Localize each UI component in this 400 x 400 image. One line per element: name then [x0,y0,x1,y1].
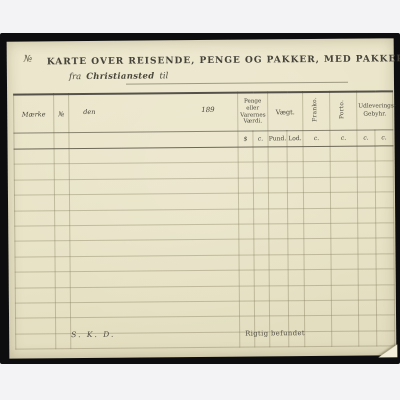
empty-cell [304,285,331,301]
empty-cell [54,164,69,180]
sub-empty-maerke [14,133,54,149]
empty-cell [358,238,376,254]
empty-cell [287,177,303,193]
empty-cell [268,193,287,209]
empty-cell [303,177,330,193]
empty-cell [56,333,71,349]
empty-cell [70,255,239,272]
empty-cell [238,147,253,163]
empty-cell [358,254,376,270]
sub-cent-delivery-2: c. [375,130,393,146]
empty-cell [331,238,358,254]
empty-cell [288,208,304,224]
empty-cell [70,240,239,257]
empty-cell [15,272,55,288]
empty-cell [358,300,376,316]
empty-cell [288,239,304,255]
empty-cell [69,178,238,195]
photo-black-border: № KARTE OVER REISENDE, PENGE OG PAKKER, … [0,33,400,364]
empty-cell [303,162,330,178]
empty-cell [331,208,358,224]
empty-cell [253,193,268,209]
empty-cell [15,287,55,303]
empty-cell [331,223,358,239]
empty-cell [268,147,287,163]
empty-cell [304,223,331,239]
empty-cell [238,178,253,194]
empty-cell [288,224,304,240]
empty-cell [330,162,357,178]
empty-cell [54,179,69,195]
empty-cell [239,209,254,225]
verification-note: Rigtig befundet [245,329,305,338]
empty-cell [15,210,55,226]
empty-cell [287,162,303,178]
empty-cell [239,270,254,286]
empty-cell [304,239,331,255]
empty-cell [288,301,304,317]
franko-vertical-label: Franko. [313,97,319,122]
empty-cell [287,193,303,209]
empty-cell [253,147,268,163]
empty-cell [331,285,358,301]
empty-cell [304,269,331,285]
empty-cell [357,161,375,177]
empty-cell [303,146,330,162]
empty-cell [239,255,254,271]
col-maerke: Mærke [14,94,54,133]
empty-cell [268,162,287,178]
empty-cell [70,286,239,303]
sub-dollar: $ [238,131,253,147]
empty-cell [70,209,239,226]
empty-cell [253,178,268,194]
empty-cell [70,224,239,241]
empty-cell [254,208,269,224]
sub-cent-franko: c. [303,130,330,146]
empty-cell [330,146,357,162]
empty-cell [14,180,54,196]
sub-empty-date [69,131,238,148]
empty-cell [375,192,393,208]
col-franko: Franko. [303,92,330,131]
empty-cell [253,162,268,178]
empty-cell [376,300,394,316]
empty-cell [55,303,70,319]
empty-cell [15,241,55,257]
empty-cell [70,270,239,287]
empty-cell [359,315,377,331]
empty-cell [54,149,69,165]
clerk-initials: S. K. D. [71,330,115,339]
empty-cell [332,331,359,347]
empty-cell [269,239,288,255]
empty-cell [269,270,288,286]
empty-cell [376,238,394,254]
empty-cell [331,254,358,270]
sub-empty-no [54,133,69,149]
sub-cent-porto: c. [330,130,357,146]
empty-cell [330,177,357,193]
empty-cell [254,255,269,271]
document-number-symbol: № [24,54,33,64]
empty-cell [239,286,254,302]
empty-cell [375,177,393,193]
empty-cell [305,331,332,347]
origin-place: Christiansted [86,71,154,82]
empty-cell [15,303,55,319]
empty-cell [14,195,54,211]
empty-cell [239,239,254,255]
empty-cell [15,226,55,242]
empty-cell [55,210,70,226]
col-porto: Porto. [330,92,357,131]
empty-cell [304,208,331,224]
empty-cell [376,269,394,285]
table-body [14,146,395,349]
col-group-value: Penge eller Varernes Værdi. [238,92,268,131]
origin-line: fraChristianstedtil [69,71,168,82]
empty-cell [359,331,377,347]
empty-cell [254,285,269,301]
empty-cell [376,207,394,223]
empty-cell [269,208,288,224]
empty-cell [375,146,393,162]
empty-cell [358,208,376,224]
empty-cell [69,147,238,164]
til-label: til [159,71,168,81]
empty-cell [55,241,70,257]
empty-cell [377,315,395,331]
empty-cell [288,254,304,270]
empty-cell [269,301,288,317]
empty-cell [254,301,269,317]
sub-cent-value: c. [253,131,268,147]
empty-cell [269,224,288,240]
empty-cell [55,256,70,272]
empty-cell [357,146,375,162]
empty-cell [303,193,330,209]
empty-cell [331,300,358,316]
empty-cell [288,270,304,286]
destination-blank-line [126,82,348,85]
empty-cell [287,147,303,163]
empty-cell [358,223,376,239]
empty-cell [305,316,332,332]
sub-pund: Pund. [268,131,287,147]
empty-cell [358,284,376,300]
empty-cell [55,226,70,242]
empty-cell [239,224,254,240]
empty-cell [330,192,357,208]
manifest-table: Mærke № den 189 Penge eller Varernes Vær… [13,90,395,349]
empty-cell [54,195,69,211]
empty-cell [56,318,71,334]
scanned-page: № KARTE OVER REISENDE, PENGE OG PAKKER, … [0,0,400,400]
header-group-row: Mærke № den 189 Penge eller Varernes Vær… [14,91,393,133]
empty-cell [55,272,70,288]
empty-cell [269,254,288,270]
col-date: den 189 [69,93,238,133]
empty-cell [69,163,238,180]
empty-cell [14,164,54,180]
year-prefix: 189 [201,106,214,114]
empty-cell [357,192,375,208]
empty-cell [16,318,56,334]
form-title: KARTE OVER REISENDE, PENGE OG PAKKER, ME… [47,55,367,68]
empty-cell [358,269,376,285]
porto-vertical-label: Porto. [340,100,346,119]
col-group-delivery-fee: Udleverings-Gebyhr. [357,91,393,130]
empty-cell [254,270,269,286]
empty-cell [376,254,394,270]
fra-label: fra [69,72,81,82]
empty-cell [376,284,394,300]
empty-cell [375,161,393,177]
empty-cell [254,239,269,255]
empty-cell [376,223,394,239]
empty-cell [331,269,358,285]
empty-cell [254,224,269,240]
empty-cell [55,287,70,303]
empty-cell [304,300,331,316]
empty-cell [357,177,375,193]
empty-cell [16,333,56,349]
empty-cell [238,193,253,209]
empty-cell [15,257,55,273]
col-group-weight: Vægt. [268,92,303,131]
empty-cell [238,162,253,178]
empty-cell [269,285,288,301]
empty-cell [288,285,304,301]
empty-cell [239,301,254,317]
col-no: № [54,94,69,133]
empty-cell [268,178,287,194]
empty-cell [69,193,238,210]
sub-cent-delivery-1: c. [357,130,375,146]
empty-cell [70,301,239,318]
den-label: den [83,108,95,116]
empty-cell [14,149,54,165]
empty-cell [304,254,331,270]
sub-lod: Lod. [287,131,303,147]
empty-cell [332,315,359,331]
postal-form-paper: № KARTE OVER REISENDE, PENGE OG PAKKER, … [7,38,397,358]
empty-cell [377,331,395,347]
